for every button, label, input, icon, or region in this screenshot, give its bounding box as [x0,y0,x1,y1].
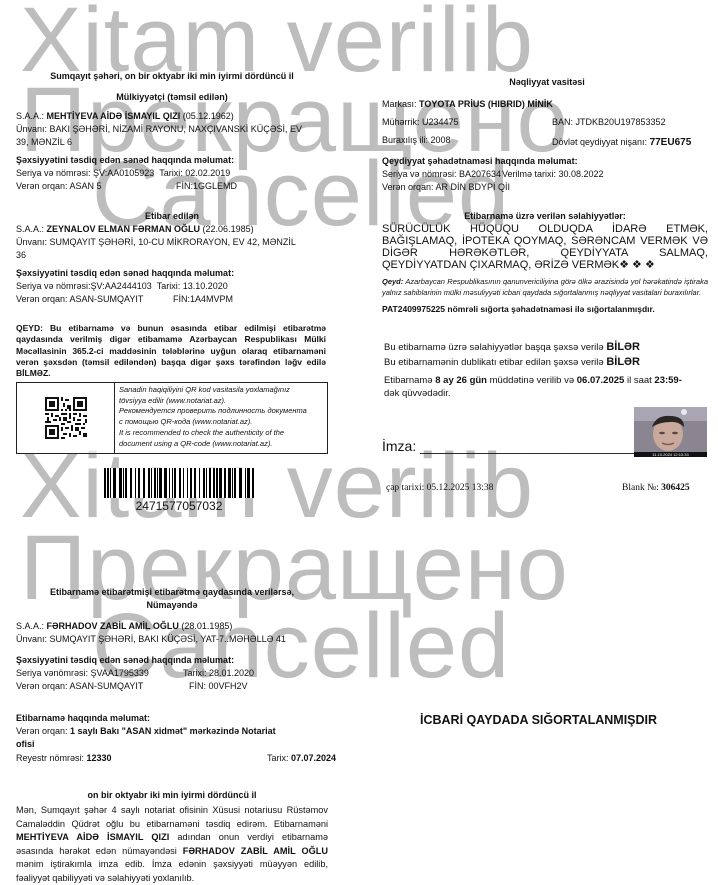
blank-number-row: Blank №: 306425 [622,482,690,495]
owner-id-row: Seriya və nömrəsi: ŞV:AA0105923 Tarixi: … [16,167,328,180]
cert-principal-name: MEHTİYEVA AİDƏ İSMAYIL QIZI [16,832,169,842]
certification-section: on bir oktyabr iki min iyirmi dördüncü i… [16,789,328,885]
poa-heading: Etibarnamə haqqında məlumat: [16,712,336,725]
owner-name-line: S.A.A.: MEHTİYEVA AİDƏ İSMAYIL QIZI (05.… [16,110,328,123]
barcode-icon [104,468,254,498]
representative-section: Etibarnamə etibarətmişi etibarətmə qayda… [16,586,328,693]
validity-text: müddətinə verilib və [487,375,577,386]
poa-issuer: 1 saylı Bakı "ASAN xidmət" mərkəzində No… [70,726,276,736]
year-plate-row: Buraxılış ili: 2008 Dövlət qeydiyyat niş… [382,134,712,147]
representative-heading-2: Nümayəndə [16,599,328,612]
rep-issuer-row: Verən orqan: ASAN-SUMQAYITFİN: 00VFH2V [16,680,328,693]
vehicle-heading: Nəqliyyat vasitəsi [382,76,712,89]
trustee-address: Ünvanı: SUMQAYIT ŞƏHƏRİ, 10-CU MİKRORAYO… [16,236,328,249]
vehicle-vin: BAN: JTDKB20U197853352 [552,116,666,129]
trustee-id-heading: Şəxsiyyətini təsdiq edən sənəd haqqında … [16,267,328,280]
plate-number: 77EU675 [650,137,692,148]
validity-row: Etibarnamə 8 ay 26 gün müddətinə verilib… [384,374,710,387]
poa-issuer-label: Verən orqan: [16,726,70,736]
trustee-issuer-row: Verən orqan: ASAN-SUMQAYITFİN:1A4MVPM [16,293,328,306]
certification-text: Mən, Sumqayıt şəhər 4 saylı notariat ofi… [16,804,328,885]
plate-label: Dövlət qeydiyyat nişanı: [552,137,650,147]
vehicle-make: TOYOTA PRİUS (HIBRID) MİNİK [419,99,553,109]
transfer-text: Bu etibarnamə üzrə səlahiyyətlər başqa ş… [384,342,606,353]
validity-line-2: dək qüvvədədir. [384,387,710,400]
owner-name: MEHTİYEVA AİDƏ İSMAYIL QIZI [47,111,181,121]
powers-heading: Etibarnamə üzrə verilən səlahiyyətlər: [382,210,708,223]
rep-dob: (28.01.1985) [179,621,233,631]
qr-notice-text: Sanadin haqiqiliyini QR kod vasitasila y… [115,383,327,453]
duplicate-text: Bu etibarnamənin dublikatı etibar edilən… [384,357,606,368]
registration-heading: Qeydiyyat şəhadətnaməsi haqqında məlumat… [382,155,712,168]
qeyd-label: Qeyd: [382,277,403,286]
qeyd-text: Azarbaycan Respublikasının qanunvericili… [382,277,708,297]
owner-address: Ünvanı: BAKI ŞƏHƏRİ, NİZAMİ RAYONU, NAXÇ… [16,123,328,136]
poa-issuer-line: Verən orqan: 1 saylı Bakı "ASAN xidmət" … [16,725,336,738]
transfer-value: BİLƏR [606,341,640,353]
owner-fin: FİN:1GGLEMD [176,180,237,193]
traffic-note: Qeyd: Azarbaycan Respublikasının qanunve… [382,276,708,298]
compulsory-insurance-stamp: İCBARİ QAYDADA SIĞORTALANMIŞDIR [420,712,657,728]
trustee-issuer: Verən orqan: ASAN-SUMQAYIT [16,293,173,306]
rep-id-heading: Şəxsiyyətini təsdiq edən sənəd haqqında … [16,654,328,667]
owner-id-series: Seriya və nömrəsi: ŞV:AA0105923 [16,168,154,178]
validity-text: Etibarnamə [384,375,435,386]
rep-name-line: S.A.A.: FƏRHADOV ZABİL AMİL OĞLU (28.01.… [16,620,328,633]
duplicate-row: Bu etibarnamənin dublikatı etibar edilən… [384,356,710,369]
poa-date-label: Tarix: [267,753,291,763]
trustee-heading: Etibar edilən [16,210,328,223]
qr-notice-line: Sanadin haqiqiliyini QR kod vasitasila y… [119,385,323,396]
saa-label: S.A.A.: [16,224,47,234]
signature-row: İmza: ______________________________ [382,437,654,455]
face-photo-icon [634,407,707,457]
qr-code-icon[interactable] [45,397,87,439]
signature-label: İmza: [382,438,420,454]
qr-notice-line: с помощью QR-кода (www.notariat.az). [119,417,323,428]
owner-dob: (05.12.1962) [180,111,234,121]
owner-issuer-row: Verən orqan: ASAN 5FİN:1GGLEMD [16,180,328,193]
trustee-id-row: Seriya və nömrəsi:ŞV:AA2444103 Tarixi: 1… [16,280,328,293]
registration-row: Seriya və nömrəsi: BA207634Verilmə tarix… [382,168,712,181]
person-photo: 11.10.2024 12:13:33 [634,407,707,457]
owner-section: Sumqayıt şəhəri, on bir oktyabr iki min … [16,70,328,193]
validity-text: il saat [624,375,654,386]
owner-address-2: 39, MƏNZİL 6 [16,136,328,149]
owner-heading: Mülkiyyətçi (təmsil edilən) [16,91,328,104]
powers-section: Etibarnamə üzrə verilən səlahiyyətlər: S… [382,210,708,316]
trustee-dob: (22.06.1985) [200,224,254,234]
blank-label: Blank №: [622,483,661,493]
owner-issuer: Verən orqan: ASAN 5 [16,180,176,193]
rep-fin: FİN: 00VFH2V [189,680,248,693]
vehicle-engine: Mühərrik: U234475 [382,116,552,129]
plate-line: Dövlət qeydiyyat nişanı: 77EU675 [552,136,691,149]
registration-series: Seriya və nömrəsi: BA207634 [382,168,502,181]
vehicle-section: Nəqliyyat vasitəsi Markası: TOYOTA PRİUS… [382,76,712,194]
owner-id-date: Tarixi: 02.02.2019 [159,168,230,178]
registration-issuer: Verən orqan: AR DİN BDYPİ QİI [382,181,712,194]
certification-heading: on bir oktyabr iki min iyirmi dördüncü i… [16,789,328,802]
duplicate-value: BİLƏR [606,356,640,368]
rep-address: Ünvanı: SUMQAYIT ŞƏHƏRİ, BAKI KÜÇƏSİ, YA… [16,633,328,646]
trustee-id-date: Tarixi: 13.10.2020 [157,281,228,291]
validity-time: 23:59 [654,375,678,386]
registry-number: 12330 [87,753,112,763]
poa-date: 07.07.2024 [291,753,336,763]
qr-verification-box: Sanadin haqiqiliyini QR kod vasitasila y… [16,382,328,454]
powers-text: SÜRÜCÜLÜK HÜQUQU OLDUQDA İDARƏ ETMƏK, BA… [382,223,708,271]
trustee-section: Etibar edilən S.A.A.: ZEYNALOV ELMAN FƏR… [16,210,328,306]
vehicle-make-line: Markası: TOYOTA PRİUS (HIBRID) MİNİK [382,98,712,111]
validity-term: 8 ay 26 gün [435,375,487,386]
registry-row: Reyestr nömrəsi: 12330 Tarix: 07.07.2024 [16,752,336,765]
engine-vin-row: Mühərrik: U234475BAN: JTDKB20U197853352 [382,116,712,129]
qr-notice-line: document using a QR-code (www.notariat.a… [119,439,323,450]
owner-id-heading: Şəxsiyyətini təsdiq edən sənəd haqqında … [16,154,328,167]
trustee-id-series: Seriya və nömrəsi:ŞV:AA2444103 [16,281,152,291]
rep-name: FƏRHADOV ZABİL AMİL OĞLU [47,621,179,631]
revocation-note: QEYD: Bu etibarnamə və bunun əsasında et… [16,323,326,379]
trustee-name-line: S.A.A.: ZEYNALOV ELMAN FƏRMAN OĞLU (22.0… [16,223,328,236]
signature-line[interactable]: ______________________________ [420,438,654,454]
trustee-address-2: 36 [16,249,328,262]
rep-id-row: Seriya vənömrəsi: ŞVAA1795339Tarixi: 28.… [16,667,328,680]
make-label: Markası: [382,99,419,109]
saa-label: S.A.A.: [16,111,47,121]
trustee-fin: FİN:1A4MVPM [173,293,233,306]
rep-id-date: Tarixi: 28.01.2020 [183,667,254,680]
insurance-certificate: PAT2409975225 nömrəli sığorta şəhadətnam… [382,303,708,316]
poa-info-section: Etibarnamə haqqında məlumat: Verən orqan… [16,712,336,765]
print-date: çap tarixi: 05.12.2025 13:38 [386,482,493,495]
qr-notice-line: tövsiyya edilir (www.notariat.az). [119,396,323,407]
blank-number: 306425 [661,483,690,493]
transfer-row: Bu etibarnamə üzrə səlahiyyətlər başqa ş… [384,341,710,354]
trustee-name: ZEYNALOV ELMAN FƏRMAN OĞLU [47,224,201,234]
vehicle-year: Buraxılış ili: 2008 [382,134,552,147]
qr-notice-line: It is recommended to check the authentic… [119,428,323,439]
photo-timestamp: 11.10.2024 12:13:33 [634,452,707,457]
rep-id-series: Seriya vənömrəsi: ŞVAA1795339 [16,667,183,680]
cert-representative-name: FƏRHADOV ZABİL AMİL OĞLU [183,846,328,856]
barcode-number: 2471577057032 [104,499,254,513]
city-date-heading: Sumqayıt şəhəri, on bir oktyabr iki min … [16,70,328,83]
poa-issuer-2: ofisi [16,738,336,751]
registration-date: Verilmə tarixi: 30.08.2022 [502,168,604,181]
qr-code-cell [17,383,115,453]
validity-text: - [679,375,682,386]
cert-text: Mən, Sumqayıt şəhər 4 saylı notariat ofi… [16,805,328,829]
validity-date: 06.07.2025 [577,375,625,386]
registry-label: Reyestr nömrəsi: [16,753,87,763]
saa-label: S.A.A.: [16,621,47,631]
delegation-section: Bu etibarnamə üzrə səlahiyyətlər başqa ş… [384,341,710,400]
cert-text: mənim iştirakımla imza edib. İmza edənin… [16,859,328,883]
rep-issuer: Verən orqan: ASAN-SUMQAYIT [16,680,189,693]
qr-notice-line: Рекомендуется проверить подлинность доку… [119,406,323,417]
representative-heading: Etibarnamə etibarətmişi etibarətmə qayda… [16,586,328,599]
